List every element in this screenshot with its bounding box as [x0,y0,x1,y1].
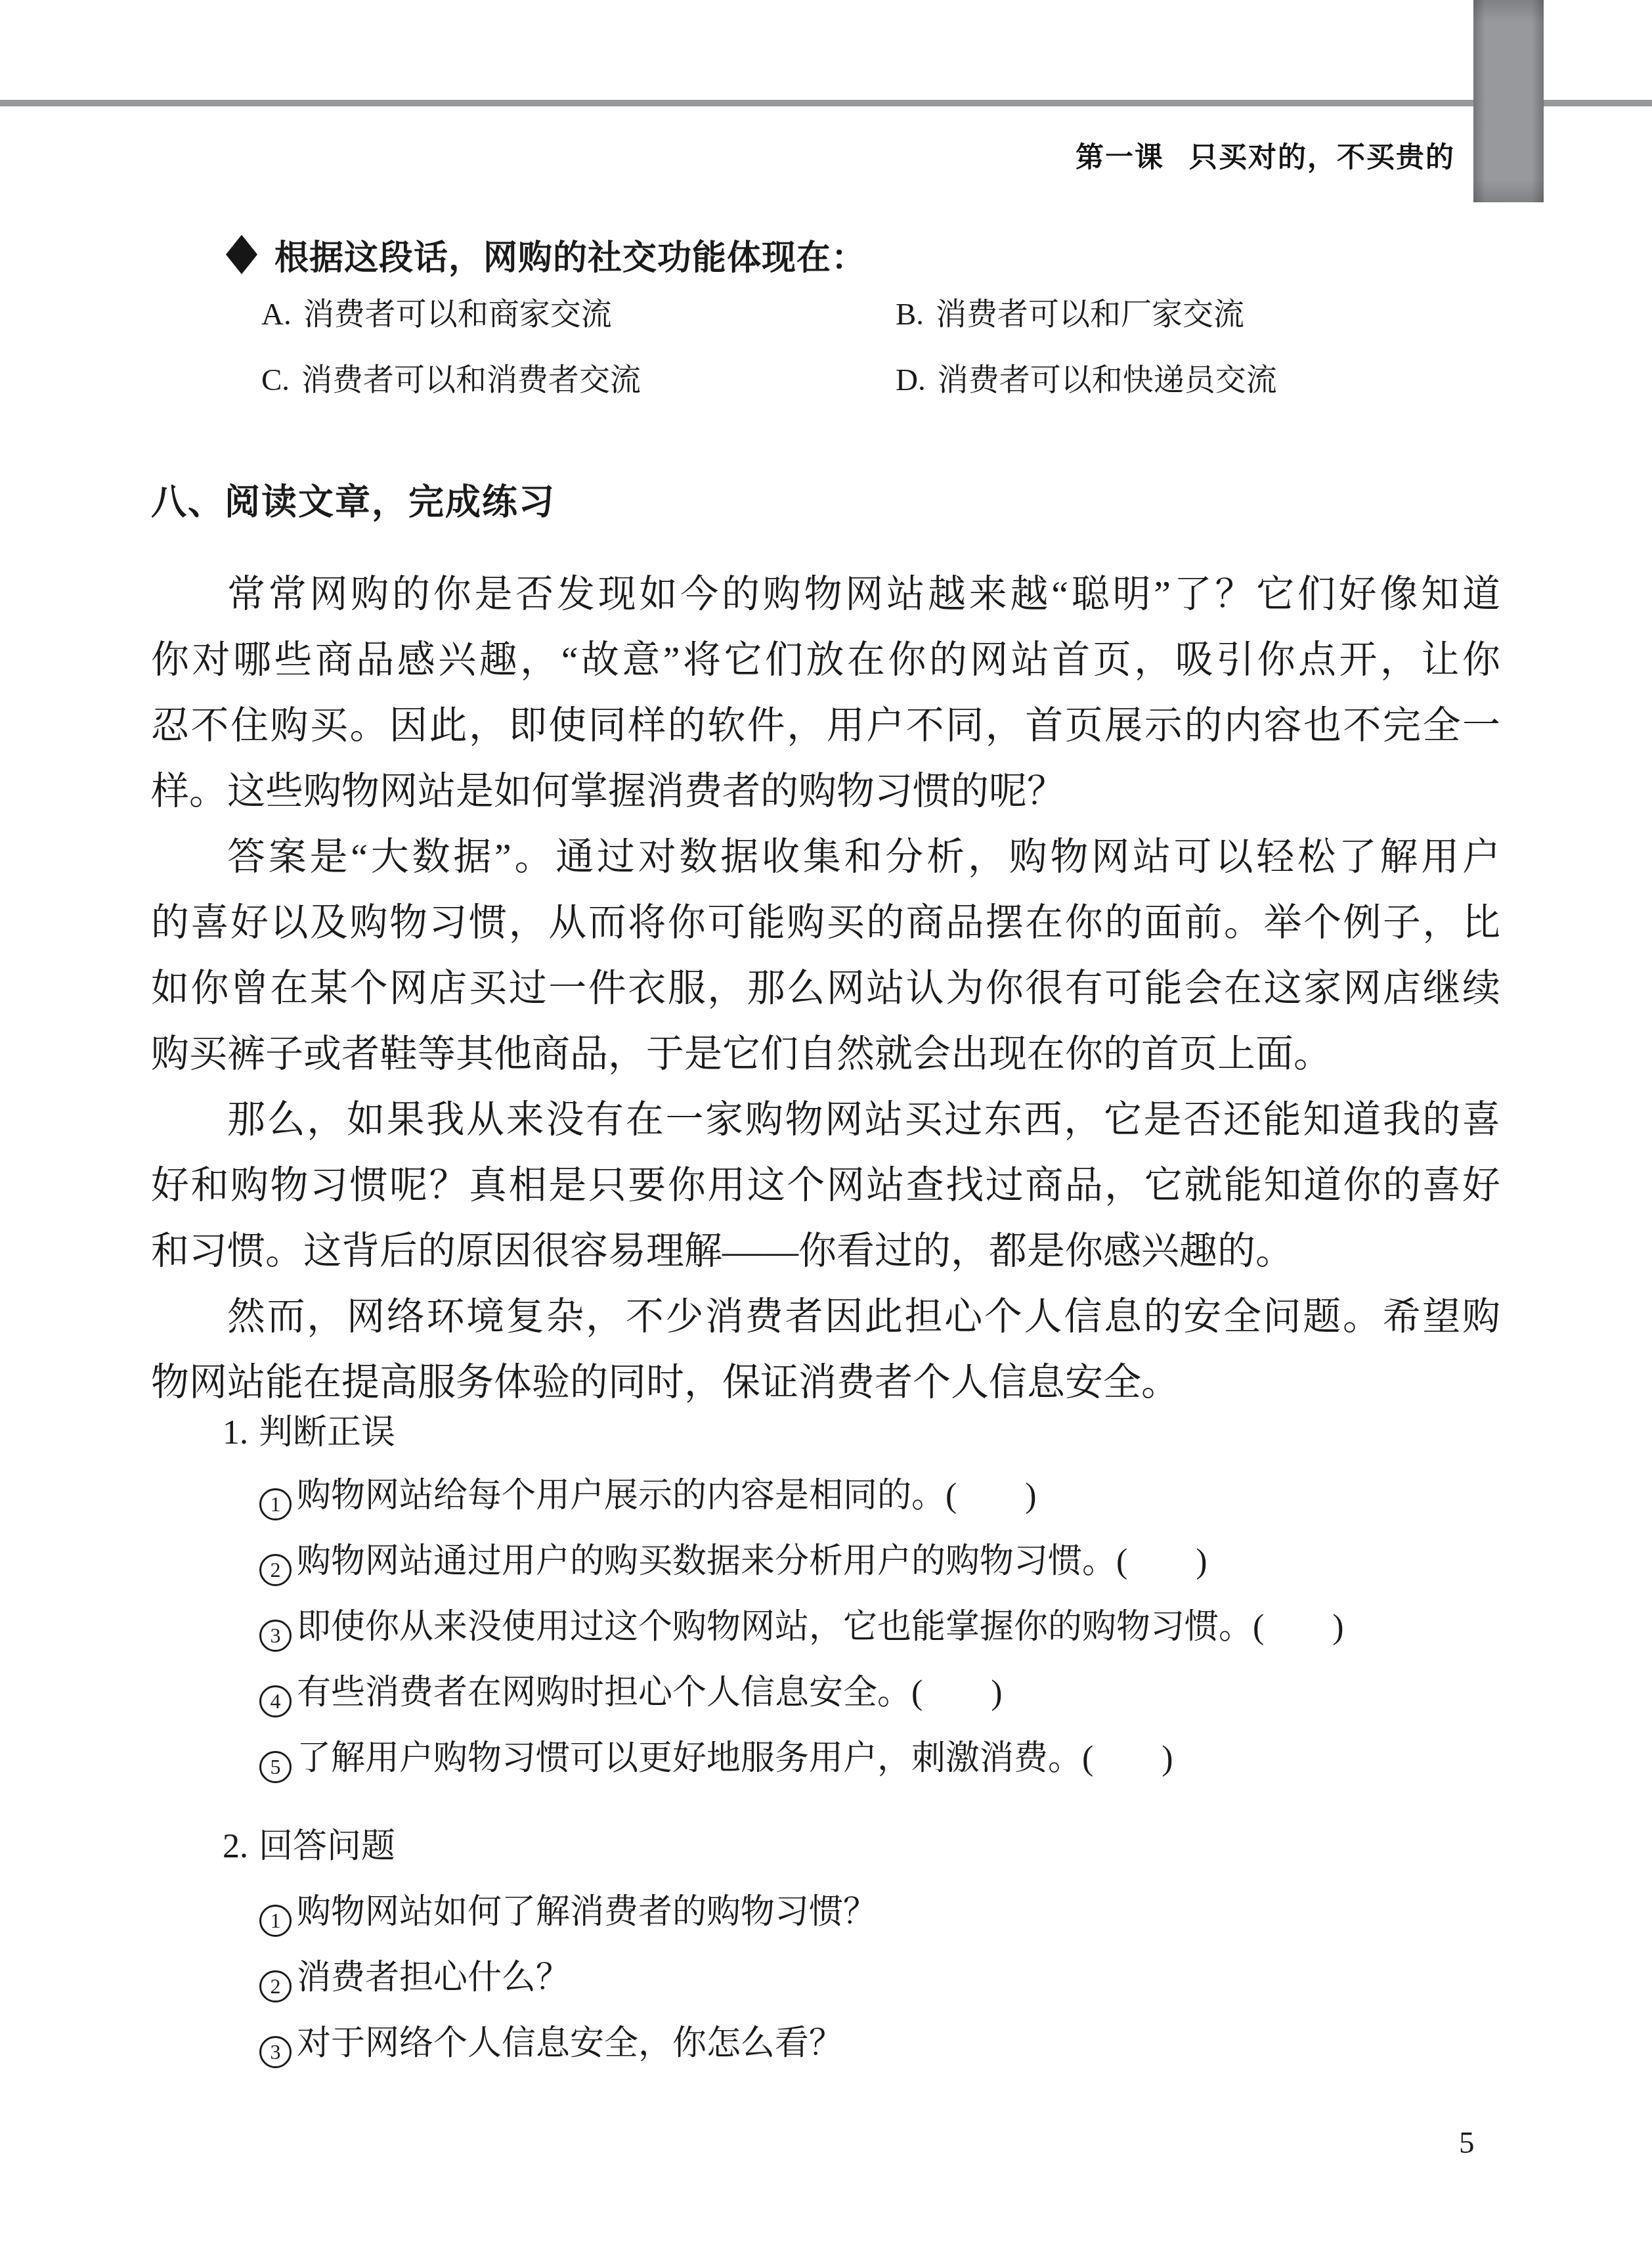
answer-blank: ( ) [1116,1543,1207,1580]
item-text: 对于网络个人信息安全，你怎么看？ [297,2025,843,2062]
diamond-bullet-icon [226,235,257,275]
item-text: 购物网站通过用户的购买数据来分析用户的购物习惯。 [297,1543,1116,1580]
paragraph-line: 忍不住购买。因此，即使同样的软件，用户不同，首页展示的内容也不完全一 [151,693,1500,759]
paragraph-line: 然而，网络环境复杂，不少消费者因此担心个人信息的安全问题。希望购 [151,1284,1500,1350]
mcq-prompt: 根据这段话，网购的社交功能体现在： [226,230,866,279]
item-number: 1 [271,1910,281,1931]
circled-number-icon: 1 [259,1905,292,1937]
circled-number-icon: 2 [259,1554,292,1586]
paragraph-line: 那么，如果我从来没有在一家购物网站买过东西，它是否还能知道我的喜 [151,1087,1500,1153]
item-number: 3 [271,2041,281,2062]
item-text: 购物网站如何了解消费者的购物习惯？ [297,1893,877,1931]
judgment-item: 5了解用户购物习惯可以更好地服务用户，刺激消费。( ) [259,1726,1344,1792]
reading-passage: 常常网购的你是否发现如今的购物网站越来越“聪明”了？它们好像知道 你对哪些商品感… [151,562,1500,1415]
item-number: 1 [271,1494,281,1515]
exercise1-heading: 1.判断正误 [223,1400,395,1466]
paragraph-line: 好和购物习惯呢？真相是只要你用这个网站查找过商品，它就能知道你的喜好 [151,1153,1500,1218]
circled-number-icon: 5 [259,1751,292,1783]
running-head: 第一课 只买对的，不买贵的 [1076,135,1455,175]
circled-number-icon: 3 [259,1620,292,1652]
option-d-label: D. [896,363,926,397]
paragraph-line: 和习惯。这背后的原因很容易理解——你看过的，都是你感兴趣的。 [151,1218,1500,1284]
option-c-label: C. [261,363,290,397]
textbook-page: 第一课 只买对的，不买贵的 根据这段话，网购的社交功能体现在： A.消费者可以和… [0,0,1652,2258]
section-heading: 八、阅读文章，完成练习 [151,474,555,525]
exercise2-heading: 2.回答问题 [223,1814,395,1880]
header-rule [0,100,1652,106]
judgment-item: 1购物网站给每个用户展示的内容是相同的。( ) [259,1463,1344,1529]
option-b-label: B. [896,298,924,332]
paragraph-line: 购买裤子或者鞋等其他商品，于是它们自然就会出现在你的首页上面。 [151,1021,1500,1087]
circled-number-icon: 4 [259,1685,292,1717]
paragraph-line: 的喜好以及购物习惯，从而将你可能购买的商品摆在你的面前。举个例子，比 [151,890,1500,956]
item-text: 消费者担心什么？ [297,1959,570,1997]
page-number: 5 [1459,2125,1475,2161]
question-items: 1购物网站如何了解消费者的购物习惯？ 2消费者担心什么？ 3对于网络个人信息安全… [259,1880,877,2077]
paragraph-line: 答案是“大数据”。通过对数据收集和分析，购物网站可以轻松了解用户 [151,824,1500,890]
answer-blank: ( ) [946,1477,1037,1515]
circled-number-icon: 1 [259,1488,292,1520]
option-b: B.消费者可以和厂家交流 [896,297,1244,332]
option-a-label: A. [261,298,292,332]
circled-number-icon: 2 [259,1970,292,2003]
item-text: 了解用户购物习惯可以更好地服务用户，刺激消费。 [297,1740,1082,1777]
answer-blank: ( ) [911,1674,1003,1712]
chapter-label: 第一课 [1076,135,1164,175]
item-number: 4 [271,1691,281,1712]
paragraph-line: 如你曾在某个网店买过一件衣服，那么网站认为你很有可能会在这家网店继续 [151,956,1500,1021]
item-number: 2 [271,1559,281,1580]
question-item: 1购物网站如何了解消费者的购物习惯？ [259,1880,877,1945]
item-number: 5 [271,1756,281,1777]
item-number: 2 [271,1976,281,1997]
circled-number-icon: 3 [259,2036,292,2068]
exercise2-title: 回答问题 [259,1828,395,1865]
chapter-title: 只买对的，不买贵的 [1189,135,1455,175]
option-d-text: 消费者可以和快递员交流 [938,363,1277,397]
judgment-item: 2购物网站通过用户的购买数据来分析用户的购物习惯。( ) [259,1529,1344,1595]
judgment-item: 3即使你从来没使用过这个购物网站，它也能掌握你的购物习惯。( ) [259,1595,1344,1660]
option-d: D.消费者可以和快递员交流 [896,363,1277,398]
exercise1-number: 1. [223,1414,248,1451]
item-number: 3 [271,1625,281,1646]
question-item: 2消费者担心什么？ [259,1945,877,2011]
item-text: 有些消费者在网购时担心个人信息安全。 [297,1674,911,1712]
answer-blank: ( ) [1082,1740,1173,1777]
option-a: A.消费者可以和商家交流 [261,297,612,332]
mcq-prompt-text: 根据这段话，网购的社交功能体现在： [274,230,866,279]
paragraph-line: 常常网购的你是否发现如今的购物网站越来越“聪明”了？它们好像知道 [151,562,1500,627]
option-c: C.消费者可以和消费者交流 [261,363,641,398]
corner-accent-bar [1473,0,1544,202]
exercise1-title: 判断正误 [259,1414,395,1451]
paragraph-line: 你对哪些商品感兴趣，“故意”将它们放在你的网站首页，吸引你点开，让你 [151,627,1500,693]
option-c-text: 消费者可以和消费者交流 [301,363,641,397]
exercise2-number: 2. [223,1828,248,1865]
option-a-text: 消费者可以和商家交流 [303,298,612,332]
question-item: 3对于网络个人信息安全，你怎么看？ [259,2011,877,2077]
item-text: 购物网站给每个用户展示的内容是相同的。 [297,1477,946,1515]
paragraph-line: 样。这些购物网站是如何掌握消费者的购物习惯的呢？ [151,759,1500,824]
judgment-items: 1购物网站给每个用户展示的内容是相同的。( ) 2购物网站通过用户的购买数据来分… [259,1463,1344,1792]
option-b-text: 消费者可以和厂家交流 [936,298,1244,332]
item-text: 即使你从来没使用过这个购物网站，它也能掌握你的购物习惯。 [297,1608,1253,1646]
answer-blank: ( ) [1253,1608,1344,1646]
judgment-item: 4有些消费者在网购时担心个人信息安全。( ) [259,1660,1344,1726]
